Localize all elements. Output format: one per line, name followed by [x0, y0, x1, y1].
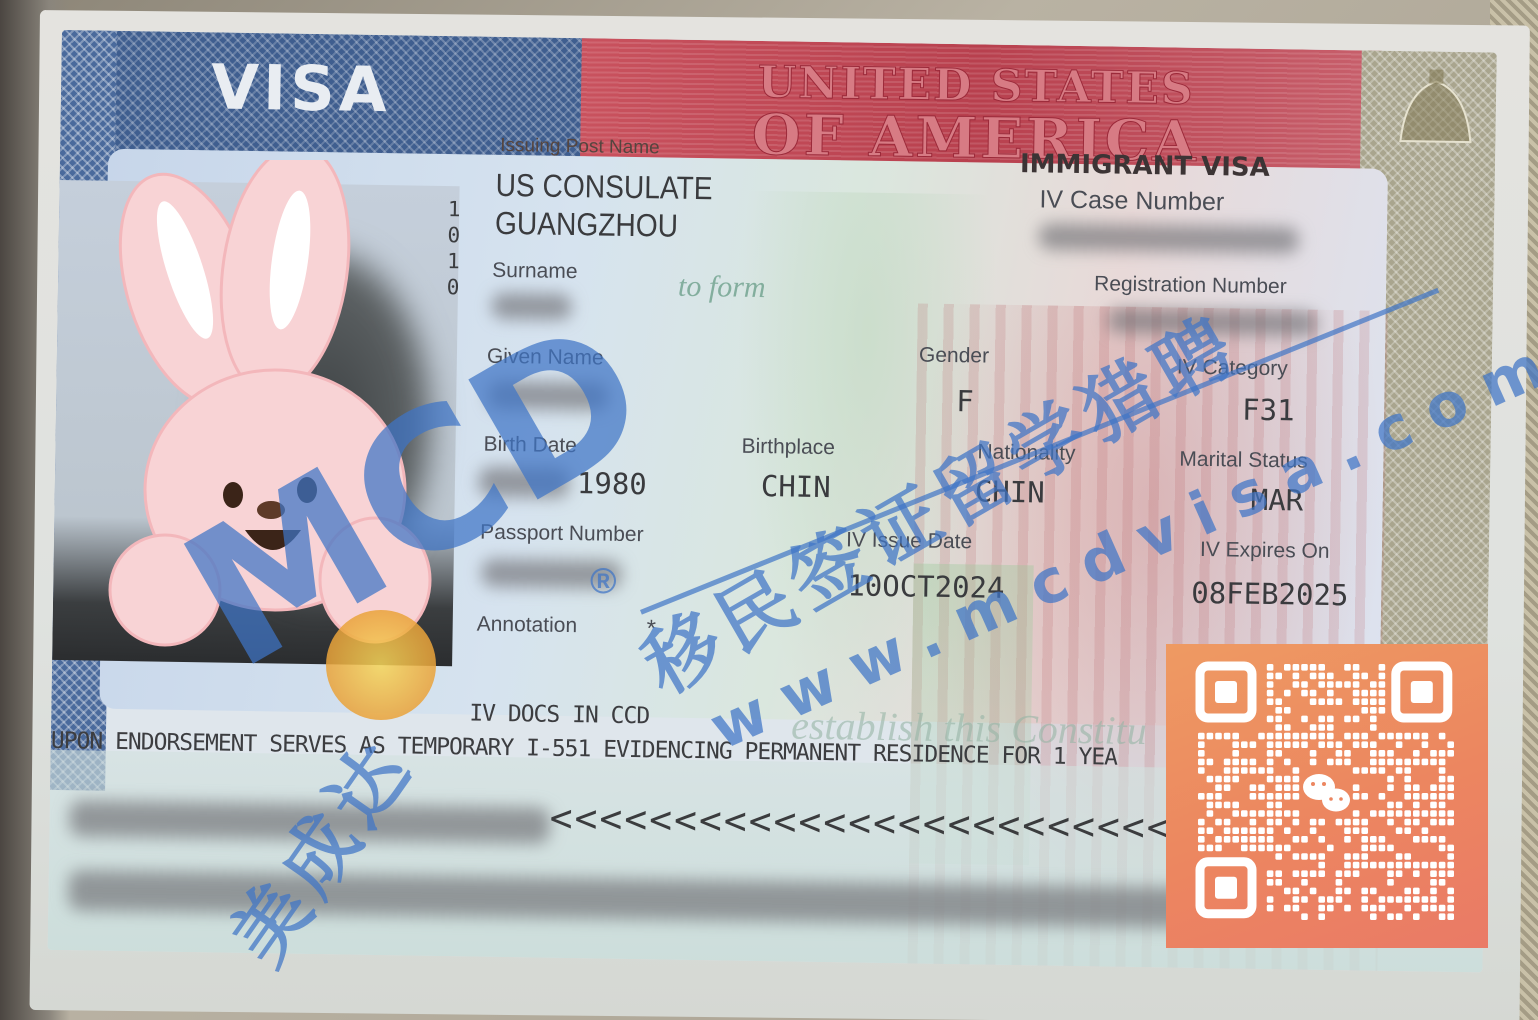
- gender-label: Gender: [919, 344, 989, 369]
- annotation-label: Annotation: [477, 613, 578, 639]
- case-number-value-redacted: [1039, 223, 1299, 253]
- watermark-logo-icon: [326, 610, 436, 720]
- background-script-text: to form: [678, 270, 766, 305]
- issuing-post-value-line2: GUANGZHOU: [495, 205, 679, 245]
- case-number-label: IV Case Number: [1039, 185, 1224, 217]
- visa-type: IMMIGRANT VISA: [1020, 149, 1270, 183]
- visa-title: VISA: [211, 50, 392, 126]
- wechat-qr-code[interactable]: [1166, 644, 1488, 948]
- watermark-registered: ®: [590, 560, 617, 602]
- qr-pattern-icon: [1166, 644, 1488, 948]
- issuing-post-label: Issuing Post Name: [500, 135, 660, 160]
- iv-category-value: F31: [1242, 393, 1295, 428]
- expires-on-value: 08FEB2025: [1191, 576, 1349, 612]
- annotation-docs: IV DOCS IN CCD: [469, 700, 649, 729]
- issuing-post-value-line1: US CONSULATE: [495, 167, 713, 207]
- liberty-bell-icon: [1360, 50, 1497, 172]
- birthplace-value: CHIN: [761, 469, 831, 504]
- birthplace-label: Birthplace: [741, 435, 835, 460]
- gender-value: F: [956, 384, 974, 418]
